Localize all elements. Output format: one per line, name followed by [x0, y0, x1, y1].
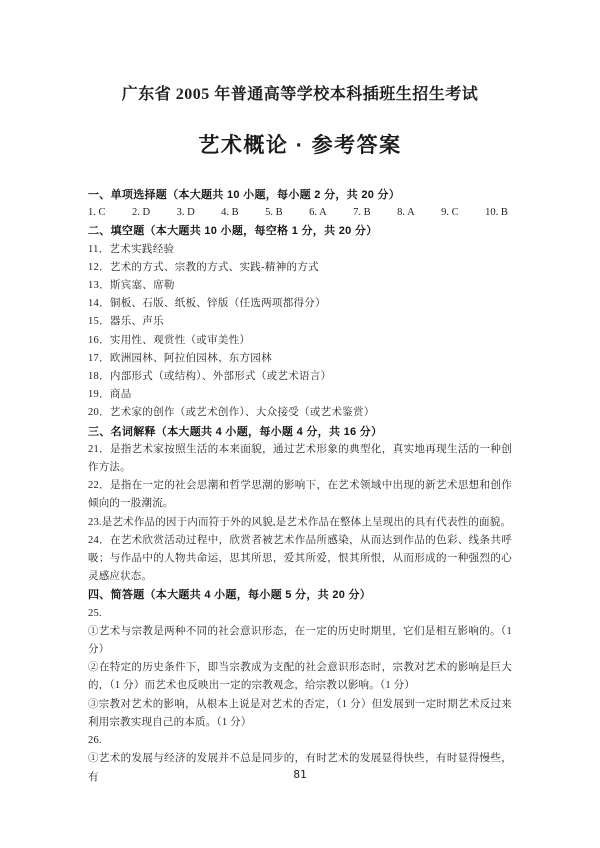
answer-item: 9. C	[441, 204, 459, 222]
short-answer-point: ②在特定的历史条件下，即当宗教成为支配的社会意识形态时，宗教对艺术的影响是巨大的…	[88, 659, 512, 695]
section-4-heading: 四、简答题（本大题共 4 小题，每小题 5 分，共 20 分）	[88, 586, 512, 604]
fill-in-item: 12．艺术的方式、宗教的方式、实践-精神的方式	[88, 259, 512, 277]
section-3-heading: 三、名词解释（本大题共 4 小题，每小题 4 分，共 16 分）	[88, 423, 512, 441]
definition-paragraph: 22．是指在一定的社会思潮和哲学思潮的影响下，在艺术领域中出现的新艺术思想和创作…	[88, 477, 512, 513]
definition-paragraph: 24．在艺术欣赏活动过程中，欣赏者被艺术作品所感染，从而达到作品的色彩、线条共呼…	[88, 532, 512, 587]
definition-paragraph: 23.是艺术作品的因于内而符于外的风貌,是艺术作品在整体上呈现出的具有代表性的面…	[88, 514, 512, 532]
section-1-heading: 一、单项选择题（本大题共 10 小题，每小题 2 分，共 20 分）	[88, 186, 512, 204]
fill-in-item: 15．器乐、声乐	[88, 313, 512, 331]
short-answer-point: ①艺术与宗教是两种不同的社会意识形态，在一定的历史时期里，它们是相互影响的。（1…	[88, 623, 512, 659]
multiple-choice-answers-row: 1. C 2. D 3. D 4. B 5. B 6. A 7. B 8. A …	[88, 204, 512, 222]
fill-in-item: 14．铜板、石版、纸板、锌版（任选两项都得分）	[88, 295, 512, 313]
answer-item: 10. B	[485, 204, 508, 222]
fill-in-item: 17．欧洲园林、阿拉伯园林、东方园林	[88, 350, 512, 368]
answer-item: 4. B	[221, 204, 239, 222]
page-content: 广东省 2005 年普通高等学校本科插班生招生考试 艺术概论 · 参考答案 一、…	[88, 84, 512, 787]
page-subtitle: 艺术概论 · 参考答案	[88, 132, 512, 160]
page-number: 81	[0, 769, 600, 781]
answer-item: 6. A	[309, 204, 327, 222]
answer-item: 8. A	[397, 204, 415, 222]
document-page: 广东省 2005 年普通高等学校本科插班生招生考试 艺术概论 · 参考答案 一、…	[0, 0, 600, 848]
page-title: 广东省 2005 年普通高等学校本科插班生招生考试	[88, 84, 512, 106]
answer-key-body: 一、单项选择题（本大题共 10 小题，每小题 2 分，共 20 分） 1. C …	[88, 186, 512, 787]
answer-item: 2. D	[132, 204, 150, 222]
short-answer-point: ③宗教对艺术的影响，从根本上说是对艺术的否定，（1 分）但发展到一定时期艺术反过…	[88, 696, 512, 732]
fill-in-item: 13．斯宾塞、席勒	[88, 277, 512, 295]
question-number-line: 26.	[88, 732, 512, 750]
fill-in-item: 19．商品	[88, 386, 512, 404]
answer-item: 5. B	[265, 204, 283, 222]
definition-paragraph: 21．是指艺术家按照生活的本来面貌，通过艺术形象的典型化，真实地再现生活的一种创…	[88, 441, 512, 477]
answer-item: 3. D	[177, 204, 195, 222]
fill-in-item: 20．艺术家的创作（或艺术创作）、大众接受（或艺术鉴赏）	[88, 404, 512, 422]
fill-in-item: 18．内部形式（或结构）、外部形式（或艺术语言）	[88, 368, 512, 386]
answer-item: 7. B	[353, 204, 371, 222]
fill-in-item: 16．实用性、观赏性（或审美性）	[88, 332, 512, 350]
fill-in-item: 11．艺术实践经验	[88, 241, 512, 259]
answer-item: 1. C	[88, 204, 106, 222]
section-2-heading: 二、填空题（本大题共 10 小题，每空格 1 分，共 20 分）	[88, 222, 512, 240]
question-number-line: 25.	[88, 605, 512, 623]
